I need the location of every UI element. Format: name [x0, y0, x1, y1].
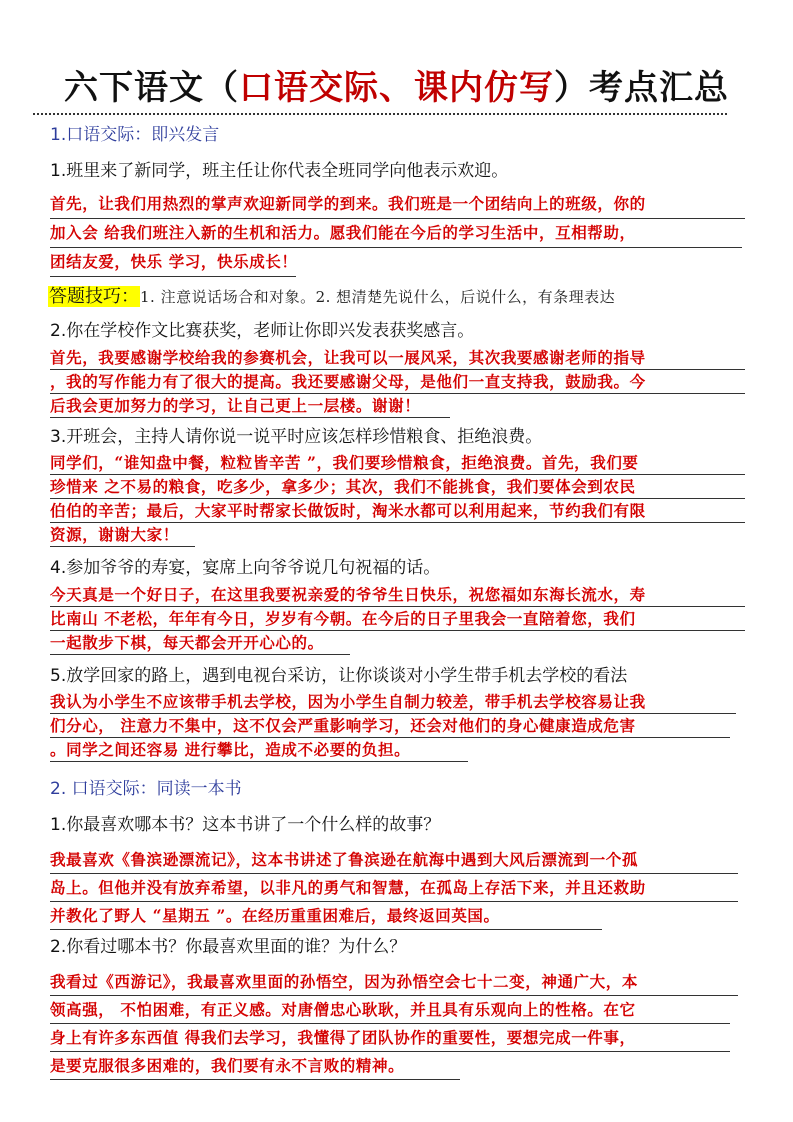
answer-line: 首先，让我们用热烈的掌声欢迎新同学的到来。我们班是一个团结向上的班级，你的	[50, 190, 745, 219]
answer-line: 团结友爱，快乐 学习，快乐成长！	[50, 248, 296, 277]
section-heading-2: 2. 口语交际：同读一本书	[50, 778, 242, 800]
question-2-1: 1.你最喜欢哪本书？这本书讲了一个什么样的故事？	[50, 814, 440, 836]
dotted-divider	[33, 113, 727, 115]
answer-line: 同学们，“谁知盘中餐，粒粒皆辛苦 ”，我们要珍惜粮食，拒绝浪费。首先，我们要	[50, 451, 745, 475]
tip-text: 1. 注意说话场合和对象。2. 想清楚先说什么，后说什么，有条理表达	[140, 288, 615, 306]
title-highlight: 口语交际、课内仿写	[239, 68, 554, 108]
answer-line: 岛上。但他并没有放弃希望，以非凡的勇气和智慧，在孤岛上存活下来，并且还救助	[50, 874, 738, 902]
question-1-1: 1.班里来了新同学，班主任让你代表全班同学向他表示欢迎。	[50, 160, 508, 182]
answer-line: 领高强， 不怕困难，有正义感。对唐僧忠心耿耿，并且具有乐观向上的性格。在它	[50, 996, 730, 1024]
answer-line: 并教化了野人 “星期五 ”。在经历重重困难后，最终返回英国。	[50, 902, 602, 930]
question-1-3: 3.开班会，主持人请你说一说平时应该怎样珍惜粮食、拒绝浪费。	[50, 426, 542, 448]
answer-line: 比南山 不老松，年年有今日，岁岁有今朝。在今后的日子里我会一直陪着您，我们	[50, 607, 745, 631]
answer-1-5: 我认为小学生不应该带手机去学校，因为小学生自制力较差，带手机去学校容易让我 们分…	[50, 690, 745, 762]
question-1-5: 5.放学回家的路上，遇到电视台采访，让你谈谈对小学生带手机去学校的看法	[50, 665, 627, 687]
answer-1-2: 首先，我要感谢学校给我的参赛机会，让我可以一展风采，其次我要感谢老师的指导 ，我…	[50, 346, 745, 418]
answer-line: 加入会 给我们班注入新的生机和活力。愿我们能在今后的学习生活中，互相帮助，	[50, 219, 742, 248]
answer-line: 后我会更加努力的学习，让自己更上一层楼。谢谢！	[50, 394, 450, 418]
title-suffix: ）考点汇总	[554, 68, 729, 108]
answer-line: 我看过《西游记》，我最喜欢里面的孙悟空，因为孙悟空会七十二变，神通广大，本	[50, 968, 738, 996]
answer-line: 伯伯的辛苦；最后，大家平时帮家长做饭时，淘米水都可以利用起来，节约我们有限	[50, 499, 745, 523]
answer-line: 我认为小学生不应该带手机去学校，因为小学生自制力较差，带手机去学校容易让我	[50, 690, 736, 714]
answer-line: 首先，我要感谢学校给我的参赛机会，让我可以一展风采，其次我要感谢老师的指导	[50, 346, 745, 370]
title-prefix: 六下语文（	[64, 68, 239, 108]
answer-line: 是要克服很多困难的，我们要有永不言败的精神。	[50, 1052, 460, 1080]
answer-line: 身上有许多东西值 得我们去学习，我懂得了团队协作的重要性，要想完成一件事，	[50, 1024, 730, 1052]
answer-line: 我最喜欢《鲁滨逊漂流记》，这本书讲述了鲁滨逊在航海中遇到大风后漂流到一个孤	[50, 846, 738, 874]
tip-label: 答题技巧：	[48, 286, 140, 307]
answer-line: 一起散步下棋，每天都会开开心心的。	[50, 631, 350, 655]
answer-tip: 答题技巧：1. 注意说话场合和对象。2. 想清楚先说什么，后说什么，有条理表达	[48, 284, 615, 310]
page-title: 六下语文（口语交际、课内仿写）考点汇总	[0, 66, 793, 110]
question-1-2: 2.你在学校作文比赛获奖，老师让你即兴发表获奖感言。	[50, 320, 474, 342]
answer-line: ，我的写作能力有了很大的提高。我还要感谢父母，是他们一直支持我，鼓励我。今	[50, 370, 745, 394]
question-2-2: 2.你看过哪本书？你最喜欢里面的谁？为什么？	[50, 936, 406, 958]
answer-2-2: 我看过《西游记》，我最喜欢里面的孙悟空，因为孙悟空会七十二变，神通广大，本 领高…	[50, 968, 745, 1080]
answer-1-3: 同学们，“谁知盘中餐，粒粒皆辛苦 ”，我们要珍惜粮食，拒绝浪费。首先，我们要 珍…	[50, 451, 745, 547]
answer-2-1: 我最喜欢《鲁滨逊漂流记》，这本书讲述了鲁滨逊在航海中遇到大风后漂流到一个孤 岛上…	[50, 846, 745, 930]
answer-1-4: 今天真是一个好日子，在这里我要祝亲爱的爷爷生日快乐，祝您福如东海长流水，寿 比南…	[50, 583, 745, 655]
answer-line: 资源，谢谢大家！	[50, 523, 195, 547]
question-1-4: 4.参加爷爷的寿宴，宴席上向爷爷说几句祝福的话。	[50, 557, 440, 579]
answer-line: 今天真是一个好日子，在这里我要祝亲爱的爷爷生日快乐，祝您福如东海长流水，寿	[50, 583, 745, 607]
answer-line: 珍惜来 之不易的粮食，吃多少，拿多少；其次，我们不能挑食，我们要体会到农民	[50, 475, 745, 499]
answer-line: 们分心， 注意力不集中，这不仅会严重影响学习，还会对他们的身心健康造成危害	[50, 714, 730, 738]
section-heading-1: 1.口语交际：即兴发言	[50, 124, 219, 146]
answer-1-1: 首先，让我们用热烈的掌声欢迎新同学的到来。我们班是一个团结向上的班级，你的 加入…	[50, 190, 745, 277]
answer-line: 。同学之间还容易 进行攀比，造成不必要的负担。	[50, 738, 468, 762]
